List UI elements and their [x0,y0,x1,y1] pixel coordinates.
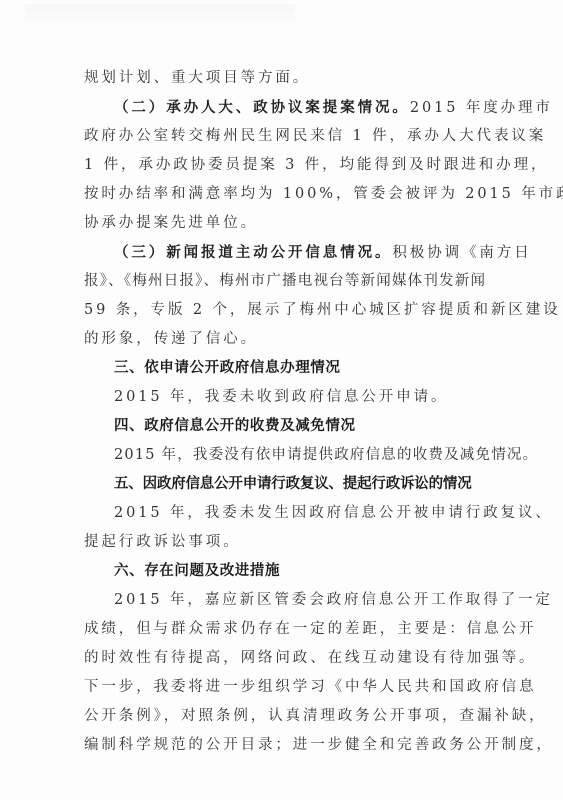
body-line: 按时办结率和满意率均为 100%，管委会被评为 2015 年市政 [84,180,486,209]
document-body: 规划计划、重大项目等方面。 （二）承办人大、政协议案提案情况。2015 年度办理… [84,64,486,760]
subsection-title: （三）新闻报道主动公开信息情况。 [114,244,392,261]
body-line: 2015 年，我委没有依申请提供政府信息的收费及减免情况。 [84,441,486,470]
scan-artifact [25,4,295,28]
body-line: 2015 年，我委未发生因政府信息公开被申请行政复议、 [84,499,486,528]
body-text: 2015 年度办理市 [410,100,553,116]
body-line: 提起行政诉讼事项。 [84,528,486,557]
subsection-two-line: （二）承办人大、政协议案提案情况。2015 年度办理市 [84,93,486,122]
body-line: 协承办提案先进单位。 [84,209,486,238]
body-line: 公开条例》，对照条例，认真清理政务公开事项，查漏补缺， [84,702,486,731]
body-line: 的时效性有待提高，网络问政、在线互动建设有待加强等。 [84,644,486,673]
body-line: 59 条，专版 2 个，展示了梅州中心城区扩容提质和新区建设 [84,296,486,325]
body-line: 1 件，承办政协委员提案 3 件，均能得到及时跟进和办理， [84,151,486,180]
body-line: 成绩，但与群众需求仍存在一定的差距，主要是：信息公开 [84,615,486,644]
section-heading-5: 五、因政府信息公开申请行政复议、提起行政诉讼的情况 [84,470,486,499]
body-line: 规划计划、重大项目等方面。 [84,64,486,93]
body-line: 政府办公室转交梅州民生网民来信 1 件，承办人大代表议案 [84,122,486,151]
body-line: 的形象，传递了信心。 [84,325,486,354]
section-heading-4: 四、政府信息公开的收费及减免情况 [84,412,486,441]
subsection-three-line: （三）新闻报道主动公开信息情况。积极协调《南方日 [84,238,486,267]
body-line: 2015 年，我委未收到政府信息公开申请。 [84,383,486,412]
body-line: 2015 年，嘉应新区管委会政府信息公开工作取得了一定 [84,586,486,615]
body-text: 积极协调《南方日 [392,245,531,261]
section-heading-3: 三、依申请公开政府信息办理情况 [84,354,486,383]
subsection-title: （二）承办人大、政协议案提案情况。 [114,99,410,116]
document-page: 规划计划、重大项目等方面。 （二）承办人大、政协议案提案情况。2015 年度办理… [0,0,563,800]
body-line: 报》、《梅州日报》、梅州市广播电视台等新闻媒体刊发新闻 [84,267,486,296]
body-line: 下一步，我委将进一步组织学习《中华人民共和国政府信息 [84,673,486,702]
body-line: 编制科学规范的公开目录；进一步健全和完善政务公开制度， [84,731,486,760]
section-heading-6: 六、存在问题及改进措施 [84,557,486,586]
